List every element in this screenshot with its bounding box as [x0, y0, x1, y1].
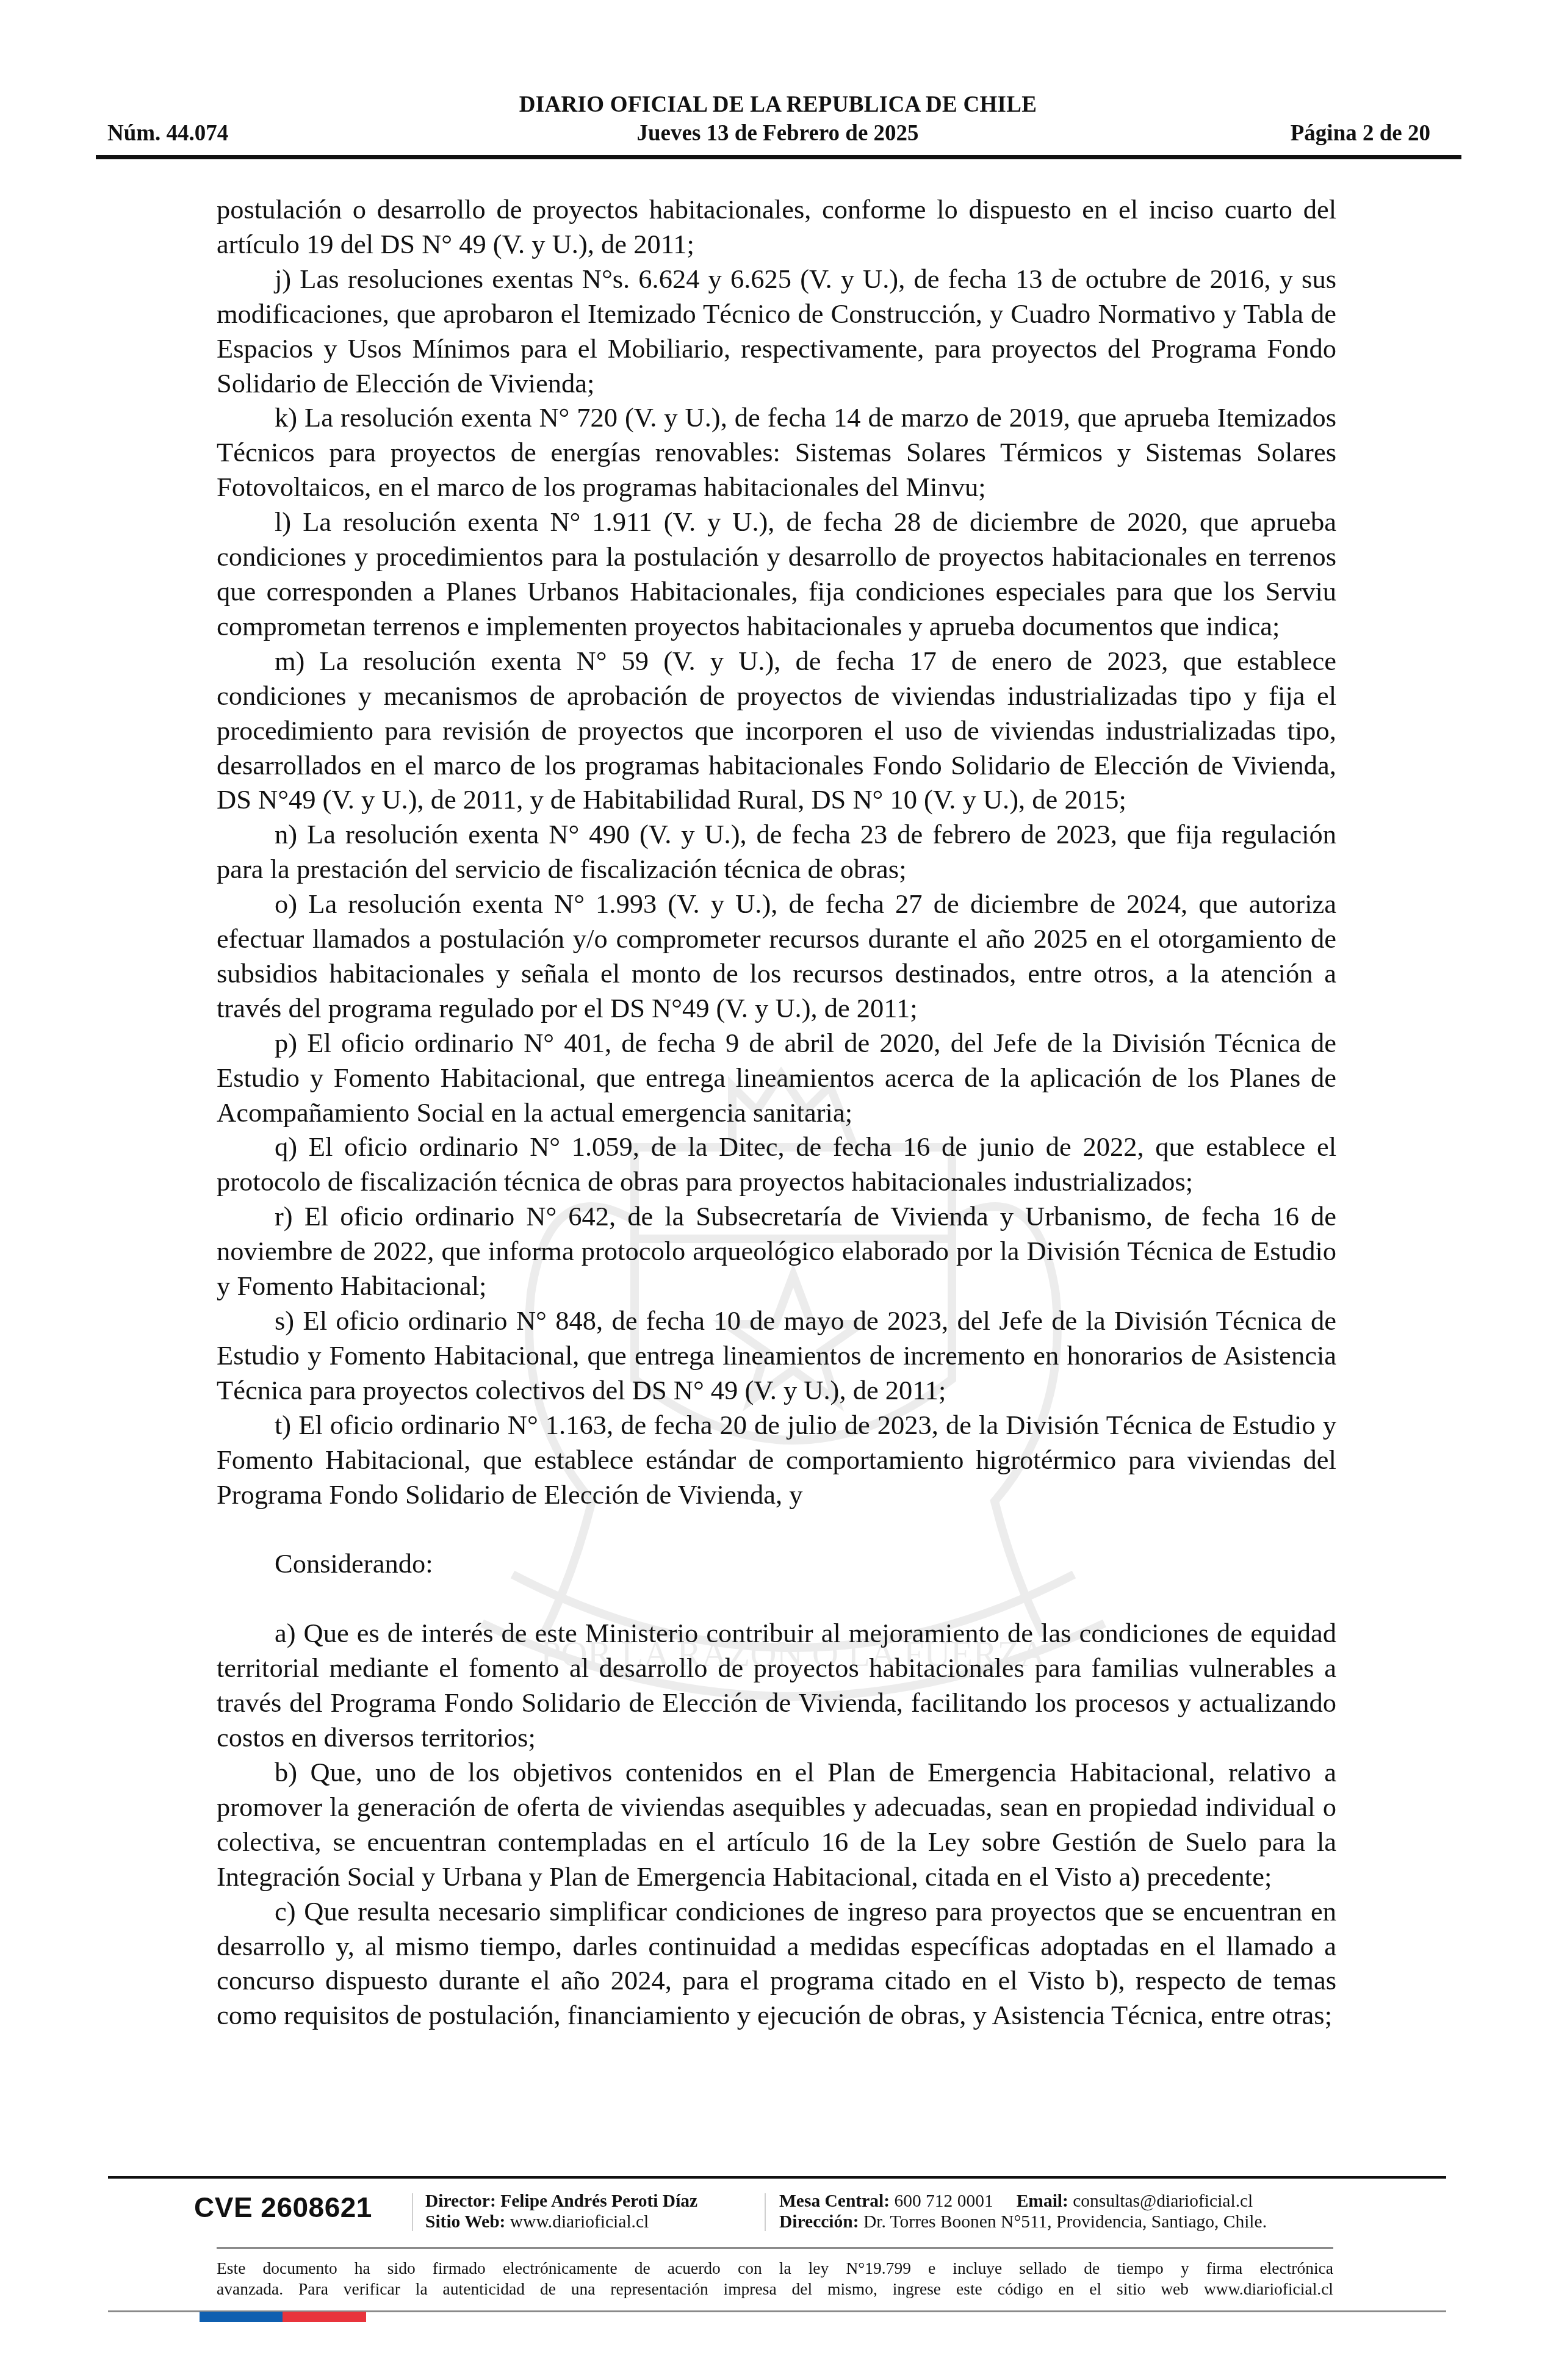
visto-m: m) La resolución exenta N° 59 (V. y U.),… [217, 644, 1336, 818]
header-rule [96, 155, 1461, 159]
footer-top-rule [108, 2176, 1446, 2179]
phone-number: 600 712 0001 [894, 2191, 993, 2211]
visto-r: r) El oficio ordinario N° 642, de la Sub… [217, 1199, 1336, 1304]
director-label: Director: [425, 2191, 496, 2211]
address-text: Dr. Torres Boonen N°511, Providencia, Sa… [863, 2212, 1267, 2232]
visto-j: j) Las resoluciones exentas N°s. 6.624 y… [217, 262, 1336, 401]
vistos-continuation: postulación o desarrollo de proyectos ha… [217, 192, 1336, 262]
spacer [217, 1581, 1336, 1616]
visto-s: s) El oficio ordinario N° 848, de fecha … [217, 1304, 1336, 1408]
phone-label: Mesa Central: [779, 2191, 890, 2211]
email-link[interactable]: consultas@diarioficial.cl [1073, 2191, 1253, 2211]
visto-t: t) El oficio ordinario N° 1.163, de fech… [217, 1408, 1336, 1512]
considerando-heading: Considerando: [217, 1546, 1336, 1581]
director-name: Felipe Andrés Peroti Díaz [500, 2191, 697, 2211]
visto-l: l) La resolución exenta N° 1.911 (V. y U… [217, 505, 1336, 644]
website-label: Sitio Web: [425, 2212, 505, 2232]
visto-o: o) La resolución exenta N° 1.993 (V. y U… [217, 887, 1336, 1026]
footer-divider [765, 2193, 766, 2231]
flag-stripe-blue [200, 2312, 283, 2322]
email-label: Email: [1017, 2191, 1068, 2211]
disclaimer-line-1: Este documento ha sido firmado electróni… [217, 2258, 1333, 2279]
signature-disclaimer: Este documento ha sido firmado electróni… [217, 2258, 1333, 2299]
footer-contact-block: Mesa Central: 600 712 0001Email: consult… [779, 2191, 1267, 2232]
visto-q: q) El oficio ordinario N° 1.059, de la D… [217, 1130, 1336, 1199]
address-label: Dirección: [779, 2212, 859, 2232]
spacer [217, 1512, 1336, 1546]
considerando-a: a) Que es de interés de este Ministerio … [217, 1616, 1336, 1755]
publication-title: DIARIO OFICIAL DE LA REPUBLICA DE CHILE [0, 92, 1556, 118]
document-body: postulación o desarrollo de proyectos ha… [217, 192, 1336, 2033]
page-indicator: Página 2 de 20 [1291, 120, 1430, 146]
visto-k: k) La resolución exenta N° 720 (V. y U.)… [217, 400, 1336, 505]
footer-divider [412, 2193, 413, 2231]
considerando-c: c) Que resulta necesario simplificar con… [217, 1894, 1336, 2033]
website-link[interactable]: www.diarioficial.cl [510, 2212, 649, 2232]
flag-stripe-red [283, 2312, 366, 2322]
header-meta-row: Núm. 44.074 Jueves 13 de Febrero de 2025… [107, 120, 1430, 146]
visto-p: p) El oficio ordinario N° 401, de fecha … [217, 1026, 1336, 1130]
visto-n: n) La resolución exenta N° 490 (V. y U.)… [217, 817, 1336, 887]
issue-number: Núm. 44.074 [107, 120, 228, 146]
cve-code: CVE 2608621 [194, 2191, 372, 2224]
considerando-b: b) Que, uno de los objetivos contenidos … [217, 1755, 1336, 1894]
footer-director-block: Director: Felipe Andrés Peroti Díaz Siti… [425, 2191, 697, 2232]
issue-date: Jueves 13 de Febrero de 2025 [637, 120, 919, 146]
disclaimer-line-2: avanzada. Para verificar la autenticidad… [217, 2279, 1333, 2299]
footer-middle-rule [217, 2247, 1333, 2249]
